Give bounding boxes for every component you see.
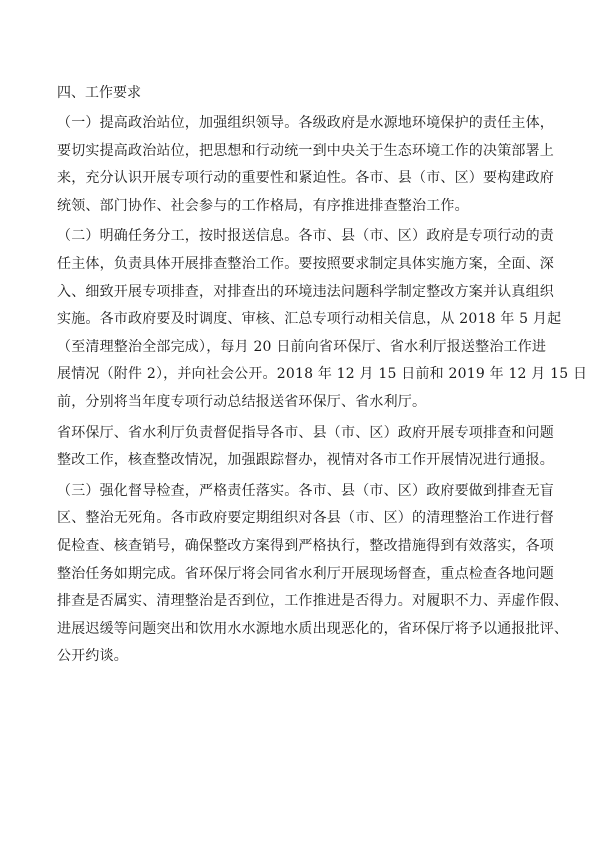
text-line: （至清理整治全部完成），每月 20 日前向省环保厅、省水利厅报送整治工作进 [57,334,542,362]
text-line: 要切实提高政治站位，把思想和行动统一到中央关于生态环境工作的决策部署上 [57,138,542,166]
paragraph-1-organization-leadership: （一）提高政治站位，加强组织领导。各级政府是水源地环境保护的责任主体， 要切实提… [57,110,542,220]
text-line: 排查是否属实、清理整治是否到位，工作推进是否得力。对履职不力、弄虚作假、 [57,588,542,616]
text-line: 统领、部门协作、社会参与的工作格局，有序推进排查整治工作。 [57,193,542,221]
paragraph-3-supervision-guidance: 省环保厅、省水利厅负责督促指导各市、县（市、区）政府开展专项排查和问题 整改工作… [57,420,542,475]
text-line: 公开约谈。 [57,643,542,671]
text-line: （一）提高政治站位，加强组织领导。各级政府是水源地环境保护的责任主体， [57,110,542,138]
text-line: 进展迟缓等问题突出和饮用水水源地水质出现恶化的，省环保厅将予以通报批评、 [57,616,542,644]
text-line: 展情况（附件 2），并向社会公开。2018 年 12 月 15 日前和 2019… [57,361,542,389]
paragraph-2-task-division: （二）明确任务分工，按时报送信息。各市、县（市、区）政府是专项行动的责 任主体，… [57,223,542,416]
text-line: 来，充分认识开展专项行动的重要性和紧迫性。各市、县（市、区）要构建政府 [57,165,542,193]
document-page: 四、工作要求 （一）提高政治站位，加强组织领导。各级政府是水源地环境保护的责任主… [57,80,542,674]
text-line: （二）明确任务分工，按时报送信息。各市、县（市、区）政府是专项行动的责 [57,223,542,251]
text-line: 整治任务如期完成。省环保厅将会同省水利厅开展现场督查，重点检查各地问题 [57,561,542,589]
text-line: 实施。各市政府要及时调度、审核、汇总专项行动相关信息，从 2018 年 5 月起 [57,306,542,334]
text-line: 整改工作，核查整改情况，加强跟踪督办，视情对各市工作开展情况进行通报。 [57,447,542,475]
text-line: 前，分别将当年度专项行动总结报送省环保厅、省水利厅。 [57,389,542,417]
text-line: 区、整治无死角。各市政府要定期组织对各县（市、区）的清理整治工作进行督 [57,505,542,533]
text-line: 入、细致开展专项排查，对排查出的环境违法问题科学制定整改方案并认真组织 [57,279,542,307]
section-heading: 四、工作要求 [57,80,542,106]
text-line: 促检查、核查销号，确保整改方案得到严格执行，整改措施得到有效落实，各项 [57,533,542,561]
text-line: 省环保厅、省水利厅负责督促指导各市、县（市、区）政府开展专项排查和问题 [57,420,542,448]
paragraph-4-inspection-accountability: （三）强化督导检查，严格责任落实。各市、县（市、区）政府要做到排查无盲 区、整治… [57,478,542,671]
text-line: 任主体，负责具体开展排查整治工作。要按照要求制定具体实施方案，全面、深 [57,251,542,279]
text-line: （三）强化督导检查，严格责任落实。各市、县（市、区）政府要做到排查无盲 [57,478,542,506]
